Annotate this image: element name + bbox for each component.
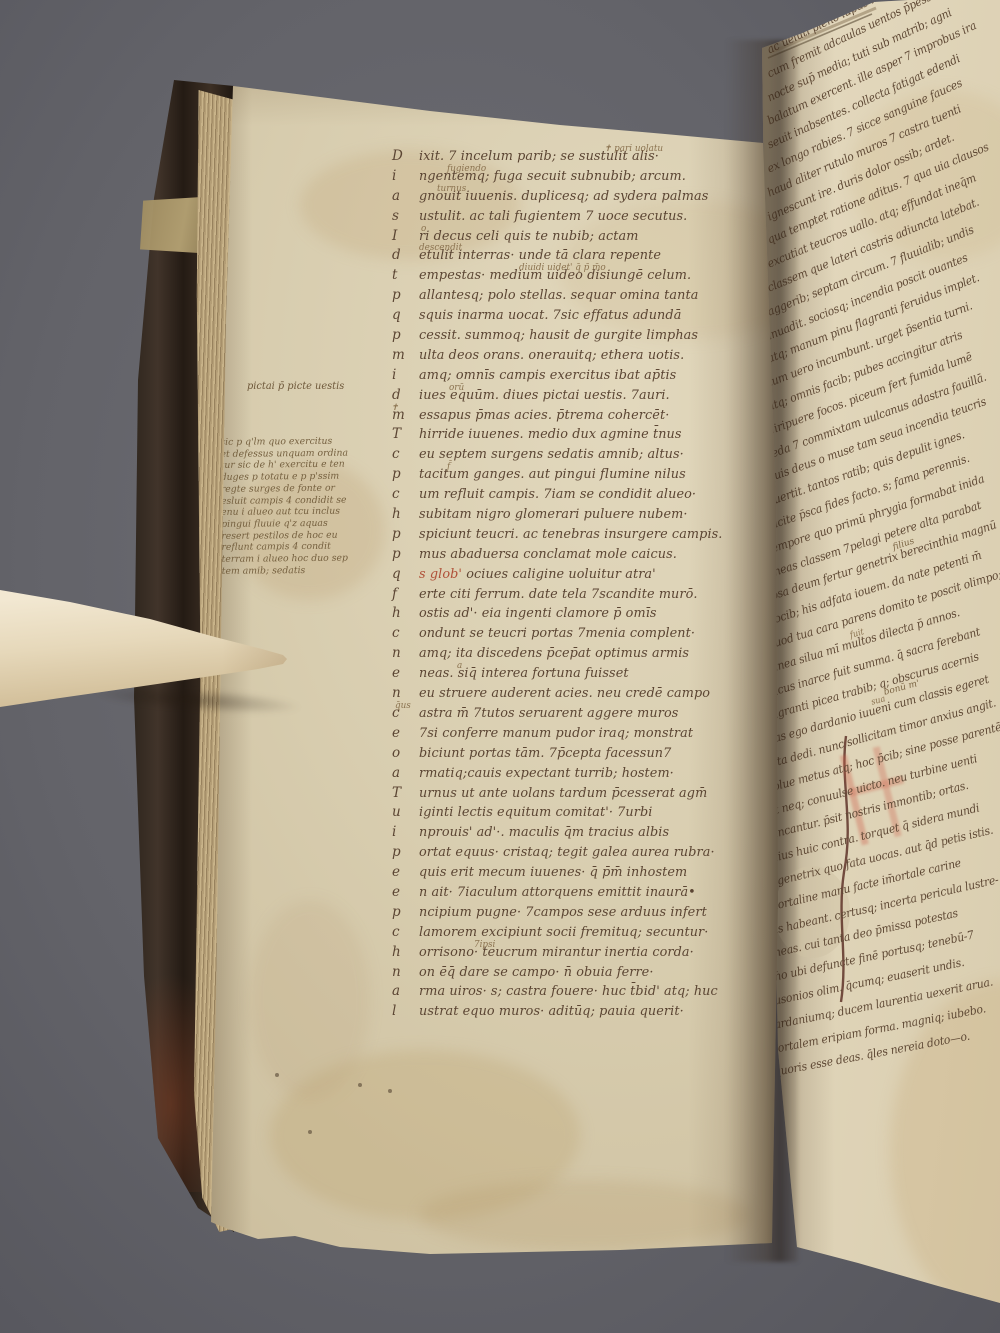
- verse-initial: t: [392, 266, 419, 286]
- verse-initial: p: [392, 545, 419, 565]
- verse-initial: e: [392, 883, 419, 903]
- verse-initial: e: [392, 863, 419, 883]
- left-page-text: Dixit. 7 incelum parib; se sustulit alis…: [392, 147, 697, 1022]
- verse-text: cessit. summoq; hausit de gurgite limpha…: [419, 326, 698, 346]
- margin-note-line: tem amib; sedatis: [222, 564, 394, 578]
- verse-text: erte citi ferrum. date tela 7scandite mu…: [419, 585, 698, 605]
- verse-text: hirride iuuenes. medio dux agmine t̄nus: [419, 425, 682, 445]
- verse-text: allantesq; polo stellas. sequar omina ta…: [419, 286, 698, 306]
- verse-text: eu septem surgens sedatis amnib; altus·: [419, 445, 684, 465]
- verse-line: qsquis inarma uocat. 7sic effatus adundā: [392, 306, 697, 326]
- verse-line: cum refluit campis. 7iam se condidit alu…: [392, 485, 697, 505]
- verse-text: on ēq̄ dare se campo· n̄ obuia ferre·: [419, 963, 654, 983]
- verse-line: pallantesq; polo stellas. sequar omina t…: [392, 286, 697, 306]
- verse-line: pcessit. summoq; hausit de gurgite limph…: [392, 326, 697, 346]
- verse-text: quis erit mecum iuuenes· q̄ p̄m̄ inhoste…: [419, 863, 687, 883]
- wormhole-speck: [275, 1073, 279, 1077]
- verse-initial: e: [392, 724, 419, 744]
- verse-initial: d: [392, 246, 419, 266]
- interlinear-gloss: diuidi uidet' q̄ p̄ m̄o: [519, 259, 606, 279]
- verse-initial: p: [392, 903, 419, 923]
- verse-initial: T: [392, 784, 419, 804]
- verse-text: ulta deos orans. onerauitq; ethera uotis…: [419, 346, 684, 366]
- verse-line: ferte citi ferrum. date tela 7scandite m…: [392, 585, 697, 605]
- verse-initial: m: [392, 346, 419, 366]
- verse-text: biciunt portas tām. 7p̄cepta facessun7: [419, 744, 671, 764]
- verse-initial: p: [392, 465, 419, 485]
- verse-text: ondunt se teucri portas 7menia complent·: [419, 624, 695, 644]
- verse-line: namq; ita discedens p̄cep̄at optimus arm…: [392, 644, 697, 664]
- verse-line: clamorem excipiunt socii fremituq; secun…: [392, 923, 697, 943]
- interlinear-gloss: turnus: [437, 180, 466, 200]
- verse-text: mus abaduersa conclamat mole caicus.: [419, 545, 677, 565]
- verse-line: qs glob' ociues caligine uoluitur atra': [392, 565, 697, 585]
- verse-line: equis erit mecum iuuenes· q̄ p̄m̄ inhost…: [392, 863, 697, 883]
- verse-line: Thirride iuuenes. medio dux agmine t̄nus: [392, 425, 697, 445]
- verse-text: lamorem excipiunt socii fremituq; secunt…: [419, 923, 708, 943]
- interlinear-gloss: ✝ pari uolatu: [604, 140, 663, 160]
- verse-line: en ait· 7iaculum attorquens emittit inau…: [392, 883, 697, 903]
- verse-initial: i: [392, 823, 419, 843]
- verse-initial: p: [392, 326, 419, 346]
- verse-initial: h: [392, 604, 419, 624]
- verse-initial: h: [392, 943, 419, 963]
- verse-line: inprouis' ad'·. maculis q̄m tracius albi…: [392, 823, 697, 843]
- margin-note-cursive: sic p q'lm quo exercituset defessus unqu…: [220, 435, 393, 577]
- wormhole-speck: [388, 1089, 392, 1093]
- interlinear-gloss: q̄us: [395, 697, 411, 717]
- verse-initial: p: [392, 286, 419, 306]
- verse-line: hostis ad'· eia ingenti clamore p̄ omīs: [392, 604, 697, 624]
- verse-text: neas. siq̄ interea fortuna fuisseta: [419, 664, 629, 684]
- verse-line: pmus abaduersa conclamat mole caicus.: [392, 545, 697, 565]
- verse-text: gnouit iuuenis. duplicesq; ad sydera pal…: [419, 187, 708, 207]
- verse-line: portat equus· cristaq; tegit galea aurea…: [392, 843, 697, 863]
- verse-initial: D: [392, 147, 419, 167]
- verse-text: rmatiq;cauis expectant turrib; hostem·: [419, 764, 674, 784]
- verse-line: uiginti lectis equitum comitat'· 7urbi: [392, 803, 697, 823]
- interlinear-gloss: o: [421, 220, 426, 240]
- verse-text: ncipium pugne· 7campos sese arduus infer…: [419, 903, 707, 923]
- interlinear-gloss: 7ipsi: [474, 936, 495, 956]
- verse-text: ostis ad'· eia ingenti clamore p̄ omīs: [419, 604, 657, 624]
- verse-initial: h: [392, 505, 419, 525]
- verse-text: empestas· medium uideo disiungē celum.di…: [419, 266, 691, 286]
- verse-initial: a: [392, 982, 419, 1002]
- verse-line: non ēq̄ dare se campo· n̄ obuia ferre·: [392, 963, 697, 983]
- verse-initial: n: [392, 963, 419, 983]
- verse-line: pncipium pugne· 7campos sese arduus infe…: [392, 903, 697, 923]
- verse-line: ptacitum ganges. aut pingui flumine nilu…: [392, 465, 697, 485]
- verse-line: tempestas· medium uideo disiungē celum.d…: [392, 266, 697, 286]
- verse-initial: c: [392, 445, 419, 465]
- verse-initial: c: [392, 624, 419, 644]
- verse-initial: i: [392, 167, 419, 187]
- interlinear-gloss: a: [457, 657, 462, 677]
- gutter-shadow: [726, 40, 798, 1262]
- verse-initial: f: [392, 585, 419, 605]
- verse-text: astra m̄ 7tutos seruarent aggere murosq̄…: [419, 704, 678, 724]
- verse-line: horrisono· teucrum mirantur inertia cord…: [392, 943, 697, 963]
- verse-text: squis inarma uocat. 7sic effatus adundā: [419, 306, 681, 326]
- verse-line: diues equūm. diues pictai uestis. 7auri.…: [392, 386, 697, 406]
- verse-text: rma uiros· s; castra fouere· huc t̄bid' …: [419, 982, 718, 1002]
- verse-line: pspiciunt teucri. ac tenebras insurgere …: [392, 525, 697, 545]
- verse-line: armatiq;cauis expectant turrib; hostem·: [392, 764, 697, 784]
- wormhole-speck: [358, 1083, 362, 1087]
- left-page-top-shade: [228, 84, 773, 126]
- verse-line: Dixit. 7 incelum parib; se sustulit alis…: [392, 147, 697, 167]
- verse-line: castra m̄ 7tutos seruarent aggere murosq…: [392, 704, 697, 724]
- verse-line: agnouit iuuenis. duplicesq; ad sydera pa…: [392, 187, 697, 207]
- interlinear-gloss: ✝: [391, 399, 398, 419]
- verse-text: iginti lectis equitum comitat'· 7urbi: [419, 803, 652, 823]
- verse-text: subitam nigro glomerari puluere nubem·: [419, 505, 688, 525]
- verse-line: e7si conferre manum pudor iraq; monstrat: [392, 724, 697, 744]
- verse-line: lustrat equo muros· aditūq; pauia querit…: [392, 1002, 697, 1022]
- verse-line: condunt se teucri portas 7menia complent…: [392, 624, 697, 644]
- manuscript-photo: { "palette":{ "background_gray":"#63636a…: [0, 0, 1000, 1333]
- verse-initial: l: [392, 1002, 419, 1022]
- verse-initial: q: [392, 306, 419, 326]
- verse-initial: o: [392, 744, 419, 764]
- verse-initial: e: [392, 664, 419, 684]
- verse-text: ustulit. ac tali fugientem 7 uoce secutu…: [419, 207, 687, 227]
- verse-line: hsubitam nigro glomerari puluere nubem·: [392, 505, 697, 525]
- verse-text: n ait· 7iaculum attorquens emittit inaur…: [419, 883, 696, 903]
- verse-line: ceu septem surgens sedatis amnib; altus·: [392, 445, 697, 465]
- verse-initial: T: [392, 425, 419, 445]
- verse-line: Turnus ut ante uolans tardum p̄cesserat …: [392, 784, 697, 804]
- verse-text: orrisono· teucrum mirantur inertia corda…: [419, 943, 694, 963]
- interlinear-gloss: descendit: [419, 239, 462, 259]
- verse-initial: c: [392, 923, 419, 943]
- verse-line: neu struere auderent acies. neu credē ca…: [392, 684, 697, 704]
- verse-text: eu struere auderent acies. neu credē cam…: [419, 684, 710, 704]
- verse-initial: n: [392, 644, 419, 664]
- verse-text: nprouis' ad'·. maculis q̄m tracius albis: [419, 823, 669, 843]
- verse-text: urnus ut ante uolans tardum p̄cesserat a…: [419, 784, 707, 804]
- verse-text: ustrat equo muros· aditūq; pauia querit·: [419, 1002, 684, 1022]
- verse-initial: q: [392, 565, 419, 585]
- verse-text: spiciunt teucri. ac tenebras insurgere c…: [419, 525, 722, 545]
- interlinear-gloss: orū: [449, 379, 464, 399]
- verse-line: eneas. siq̄ interea fortuna fuisseta: [392, 664, 697, 684]
- verse-initial: c: [392, 485, 419, 505]
- verse-initial: a: [392, 187, 419, 207]
- verse-line: messapus p̄mas acies. p̄trema cohercēt·✝: [392, 406, 697, 426]
- verse-text: ortat equus· cristaq; tegit galea aurea …: [419, 843, 715, 863]
- verse-initial: a: [392, 764, 419, 784]
- verse-initial: i: [392, 366, 419, 386]
- verse-initial: s: [392, 207, 419, 227]
- wormhole-speck: [308, 1130, 312, 1134]
- verse-initial: I: [392, 227, 419, 247]
- verse-line: multa deos orans. onerauitq; ethera uoti…: [392, 346, 697, 366]
- interlinear-gloss: fugiendo: [447, 160, 486, 180]
- verse-text: tacitum ganges. aut pingui flumine nilus…: [419, 465, 686, 485]
- verse-text: um refluit campis. 7iam se condidit alue…: [419, 485, 696, 505]
- verse-initial: p: [392, 843, 419, 863]
- verse-text: s glob' ociues caligine uoluitur atra': [419, 565, 656, 585]
- rubricated-letters: s glob': [419, 567, 462, 582]
- verse-text: essapus p̄mas acies. p̄trema cohercēt·✝: [419, 406, 669, 426]
- verse-line: iamq; omnīs campis exercitus ibat ap̄tis: [392, 366, 697, 386]
- verse-initial: u: [392, 803, 419, 823]
- verse-text: 7si conferre manum pudor iraq; monstrat: [419, 724, 693, 744]
- verse-line: arma uiros· s; castra fouere· huc t̄bid'…: [392, 982, 697, 1002]
- margin-gloss-pictai: pictai p̄ picte uestis: [247, 381, 344, 392]
- verse-line: obiciunt portas tām. 7p̄cepta facessun7: [392, 744, 697, 764]
- interlinear-gloss: f̄: [447, 458, 450, 478]
- verse-line: sustulit. ac tali fugientem 7 uoce secut…: [392, 207, 697, 227]
- verse-text: iues equūm. diues pictai uestis. 7auri.o…: [419, 386, 670, 406]
- verse-initial: p: [392, 525, 419, 545]
